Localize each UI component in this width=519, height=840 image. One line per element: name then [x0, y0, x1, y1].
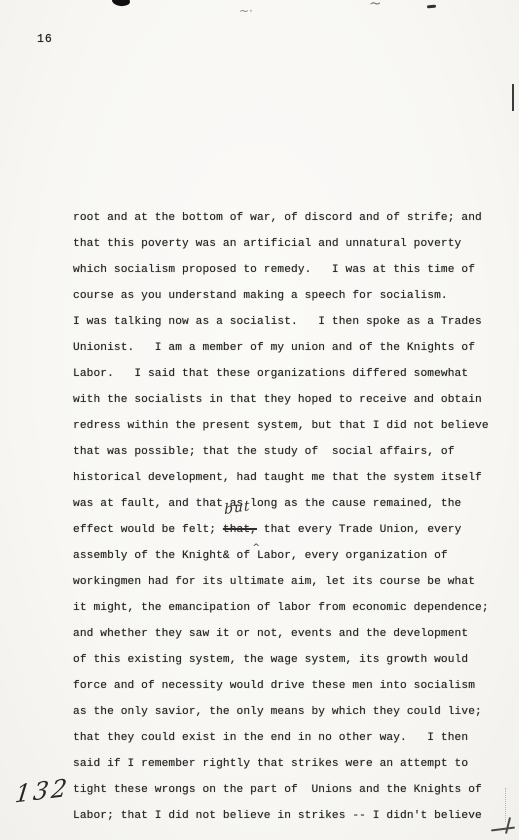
- ink-dash-mark: [427, 5, 436, 9]
- typed-line: and whether they saw it or not, events a…: [73, 621, 513, 647]
- typed-text: that every Trade Union, every: [257, 524, 461, 536]
- typed-line: historical development, had taught me th…: [73, 465, 513, 491]
- scan-squiggle-mark: ~: [369, 0, 382, 12]
- typed-line: course as you understand making a speech…: [73, 283, 513, 309]
- right-edge-stroke-mark: [512, 84, 514, 111]
- scan-squiggle-mark: ~·: [239, 4, 253, 18]
- ink-blob-mark: [112, 0, 131, 7]
- typed-line: with the socialists in that they hoped t…: [73, 387, 513, 413]
- typed-line: Labor. I said that these organizations d…: [73, 361, 513, 387]
- struck-out-word: that,: [223, 524, 257, 536]
- typed-line: that was possible; that the study of soc…: [73, 439, 513, 465]
- typed-line: effect would be felt; butthat,^ that eve…: [73, 517, 513, 543]
- caret-mark: ^: [252, 544, 260, 553]
- page-number: 16: [37, 33, 53, 46]
- typed-line: Labor; that I did not believe in strikes…: [73, 803, 513, 829]
- typed-line: redress within the present system, but t…: [73, 413, 513, 439]
- typed-line: said if I remember rightly that strikes …: [73, 751, 513, 777]
- handwritten-insert: but: [224, 499, 251, 517]
- typed-line: was at fault, and that as long as the ca…: [73, 491, 513, 517]
- typed-line: tight these wrongs on the part of Unions…: [73, 777, 513, 803]
- typed-line: workingmen had for its ultimate aim, let…: [73, 569, 513, 595]
- pencil-dotted-trail-mark: [505, 788, 506, 822]
- typed-line: of this existing system, the wage system…: [73, 647, 513, 673]
- typed-line: assembly of the Knight& of Labor, every …: [73, 543, 513, 569]
- typed-line: force and of necessity would drive these…: [73, 673, 513, 699]
- document-page: ~· ~ 16 root and at the bottom of war, o…: [0, 0, 519, 840]
- typed-line: that this poverty was an artificial and …: [73, 231, 513, 257]
- typed-line: as the only savior, the only means by wh…: [73, 699, 513, 725]
- typed-line: that they could exist in the end in no o…: [73, 725, 513, 751]
- handwritten-folio-number: 132: [13, 773, 71, 808]
- typed-line: which socialism proposed to remedy. I wa…: [73, 257, 513, 283]
- typed-text-block: root and at the bottom of war, of discor…: [73, 205, 513, 829]
- typed-line: Unionist. I am a member of my union and …: [73, 335, 513, 361]
- typed-line: I was talking now as a socialist. I then…: [73, 309, 513, 335]
- typed-line: root and at the bottom of war, of discor…: [73, 205, 513, 231]
- typed-line: it might, the emancipation of labor from…: [73, 595, 513, 621]
- manuscript-edit: butthat,^: [223, 517, 257, 543]
- typed-text: effect would be felt;: [73, 524, 223, 536]
